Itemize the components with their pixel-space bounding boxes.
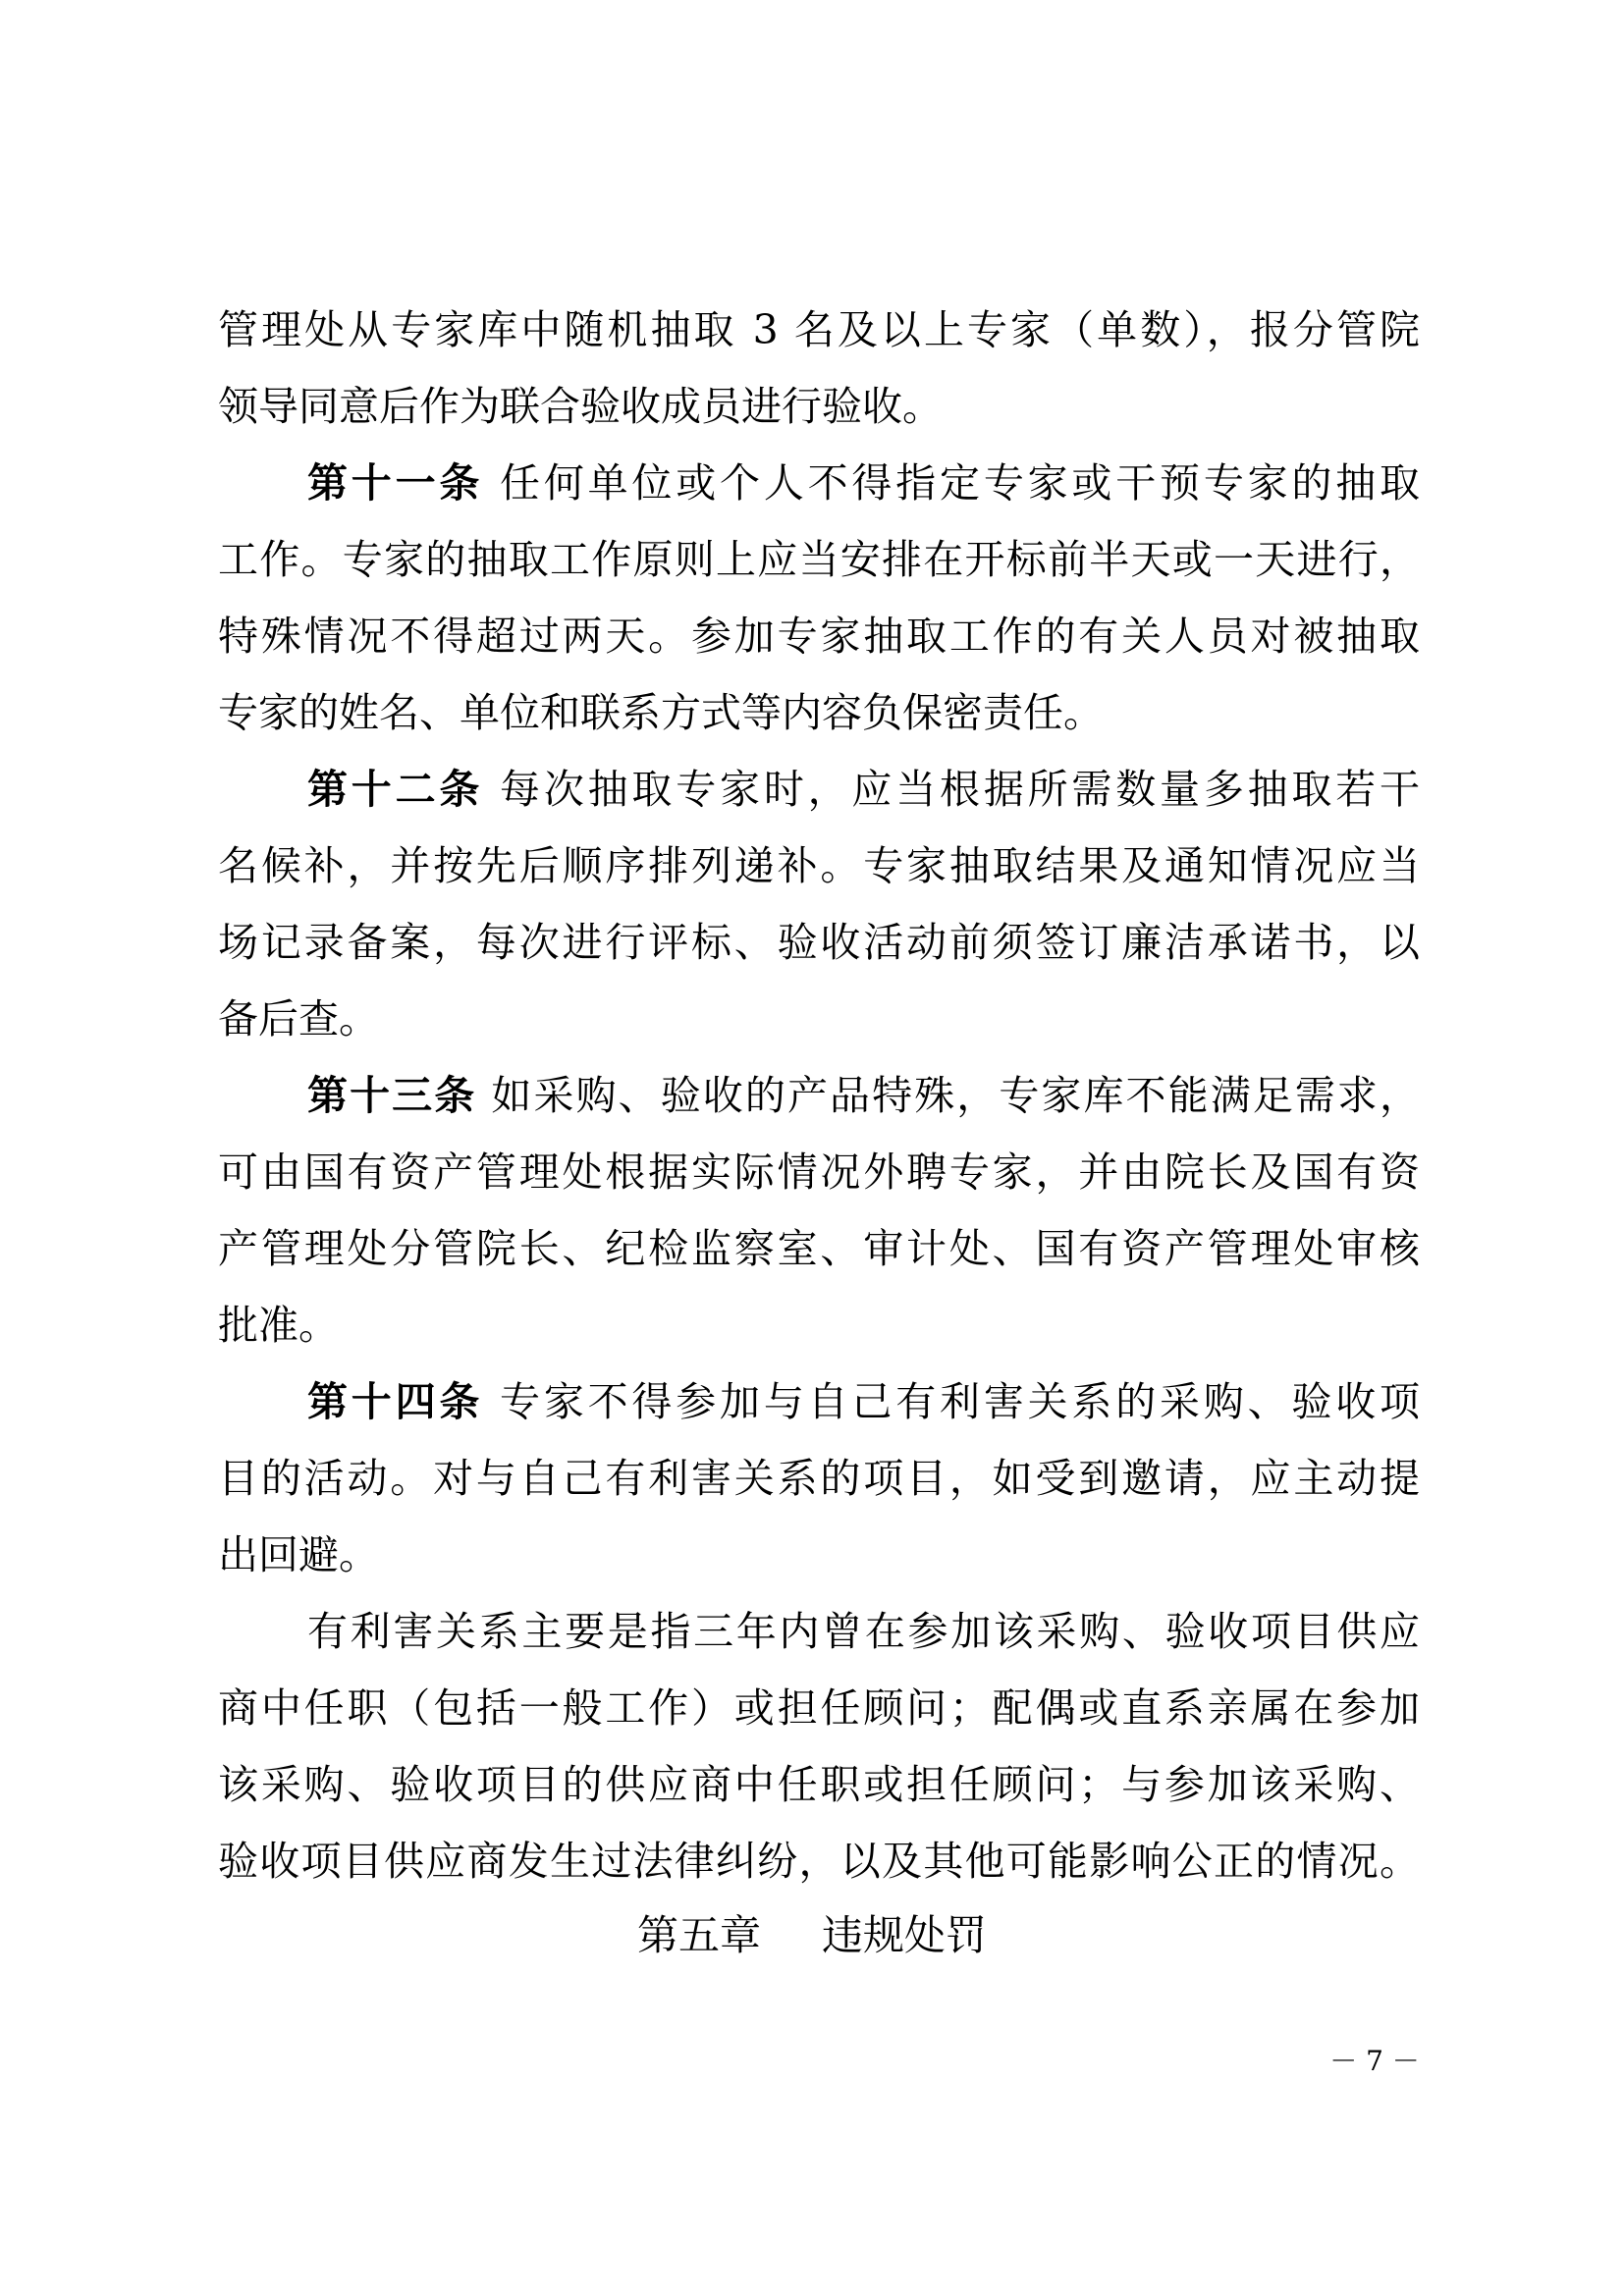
body-line: 领导同意后作为联合验收成员进行验收。 bbox=[218, 368, 1420, 445]
article-13-text: 如采购、验收的产品特殊，专家库不能满足需求， bbox=[476, 1072, 1420, 1119]
body-line: 该采购、验收项目的供应商中任职或担任顾问；与参加该采购、 bbox=[218, 1746, 1420, 1823]
body-line: 产管理处分管院长、纪检监察室、审计处、国有资产管理处审核 bbox=[218, 1210, 1420, 1287]
body-line: 批准。 bbox=[218, 1287, 1420, 1363]
body-line: 管理处从专家库中随机抽取 3 名及以上专家（单数），报分管院 bbox=[218, 292, 1420, 368]
body-line: 工作。专家的抽取工作原则上应当安排在开标前半天或一天进行， bbox=[218, 521, 1420, 598]
body-line: 名候补，并按先后顺序排列递补。专家抽取结果及通知情况应当 bbox=[218, 828, 1420, 904]
article-11-title: 第十一条 bbox=[307, 459, 483, 507]
page-number: － 7 － bbox=[1316, 2042, 1434, 2081]
article-14-title: 第十四条 bbox=[307, 1378, 483, 1425]
body-line: 备后查。 bbox=[218, 981, 1420, 1057]
article-12-text: 每次抽取专家时，应当根据所需数量多抽取若干 bbox=[483, 766, 1420, 813]
body-line: 目的活动。对与自己有利害关系的项目，如受到邀请，应主动提 bbox=[218, 1440, 1420, 1517]
body-line: 可由国有资产管理处根据实际情况外聘专家，并由院长及国有资 bbox=[218, 1134, 1420, 1210]
body-line: 场记录备案，每次进行评标、验收活动前须签订廉洁承诺书，以 bbox=[218, 904, 1420, 981]
document-page: 管理处从专家库中随机抽取 3 名及以上专家（单数），报分管院 领导同意后作为联合… bbox=[0, 0, 1624, 2296]
article-13-title: 第十三条 bbox=[307, 1072, 476, 1119]
article-12-title: 第十二条 bbox=[307, 766, 483, 813]
body-line: 验收项目供应商发生过法律纠纷，以及其他可能影响公正的情况。 bbox=[218, 1823, 1420, 1899]
body-line: 有利害关系主要是指三年内曾在参加该采购、验收项目供应 bbox=[218, 1593, 1420, 1670]
article-11-first-line: 第十一条 任何单位或个人不得指定专家或干预专家的抽取 bbox=[218, 445, 1420, 521]
body-line: 特殊情况不得超过两天。参加专家抽取工作的有关人员对被抽取 bbox=[218, 598, 1420, 674]
chapter-title: 违规处罚 bbox=[822, 1897, 987, 1974]
body-line: 商中任职（包括一般工作）或担任顾问；配偶或直系亲属在参加 bbox=[218, 1670, 1420, 1746]
body-line: 出回避。 bbox=[218, 1517, 1420, 1593]
chapter-number: 第五章 bbox=[637, 1897, 761, 1974]
chapter-heading: 第五章违规处罚 bbox=[0, 1897, 1624, 1974]
body-line: 专家的姓名、单位和联系方式等内容负保密责任。 bbox=[218, 674, 1420, 751]
article-11-text: 任何单位或个人不得指定专家或干预专家的抽取 bbox=[483, 459, 1420, 507]
article-14-first-line: 第十四条 专家不得参加与自己有利害关系的采购、验收项 bbox=[218, 1363, 1420, 1440]
article-12-first-line: 第十二条 每次抽取专家时，应当根据所需数量多抽取若干 bbox=[218, 751, 1420, 828]
article-14-text: 专家不得参加与自己有利害关系的采购、验收项 bbox=[483, 1378, 1420, 1425]
article-13-first-line: 第十三条 如采购、验收的产品特殊，专家库不能满足需求， bbox=[218, 1057, 1420, 1134]
